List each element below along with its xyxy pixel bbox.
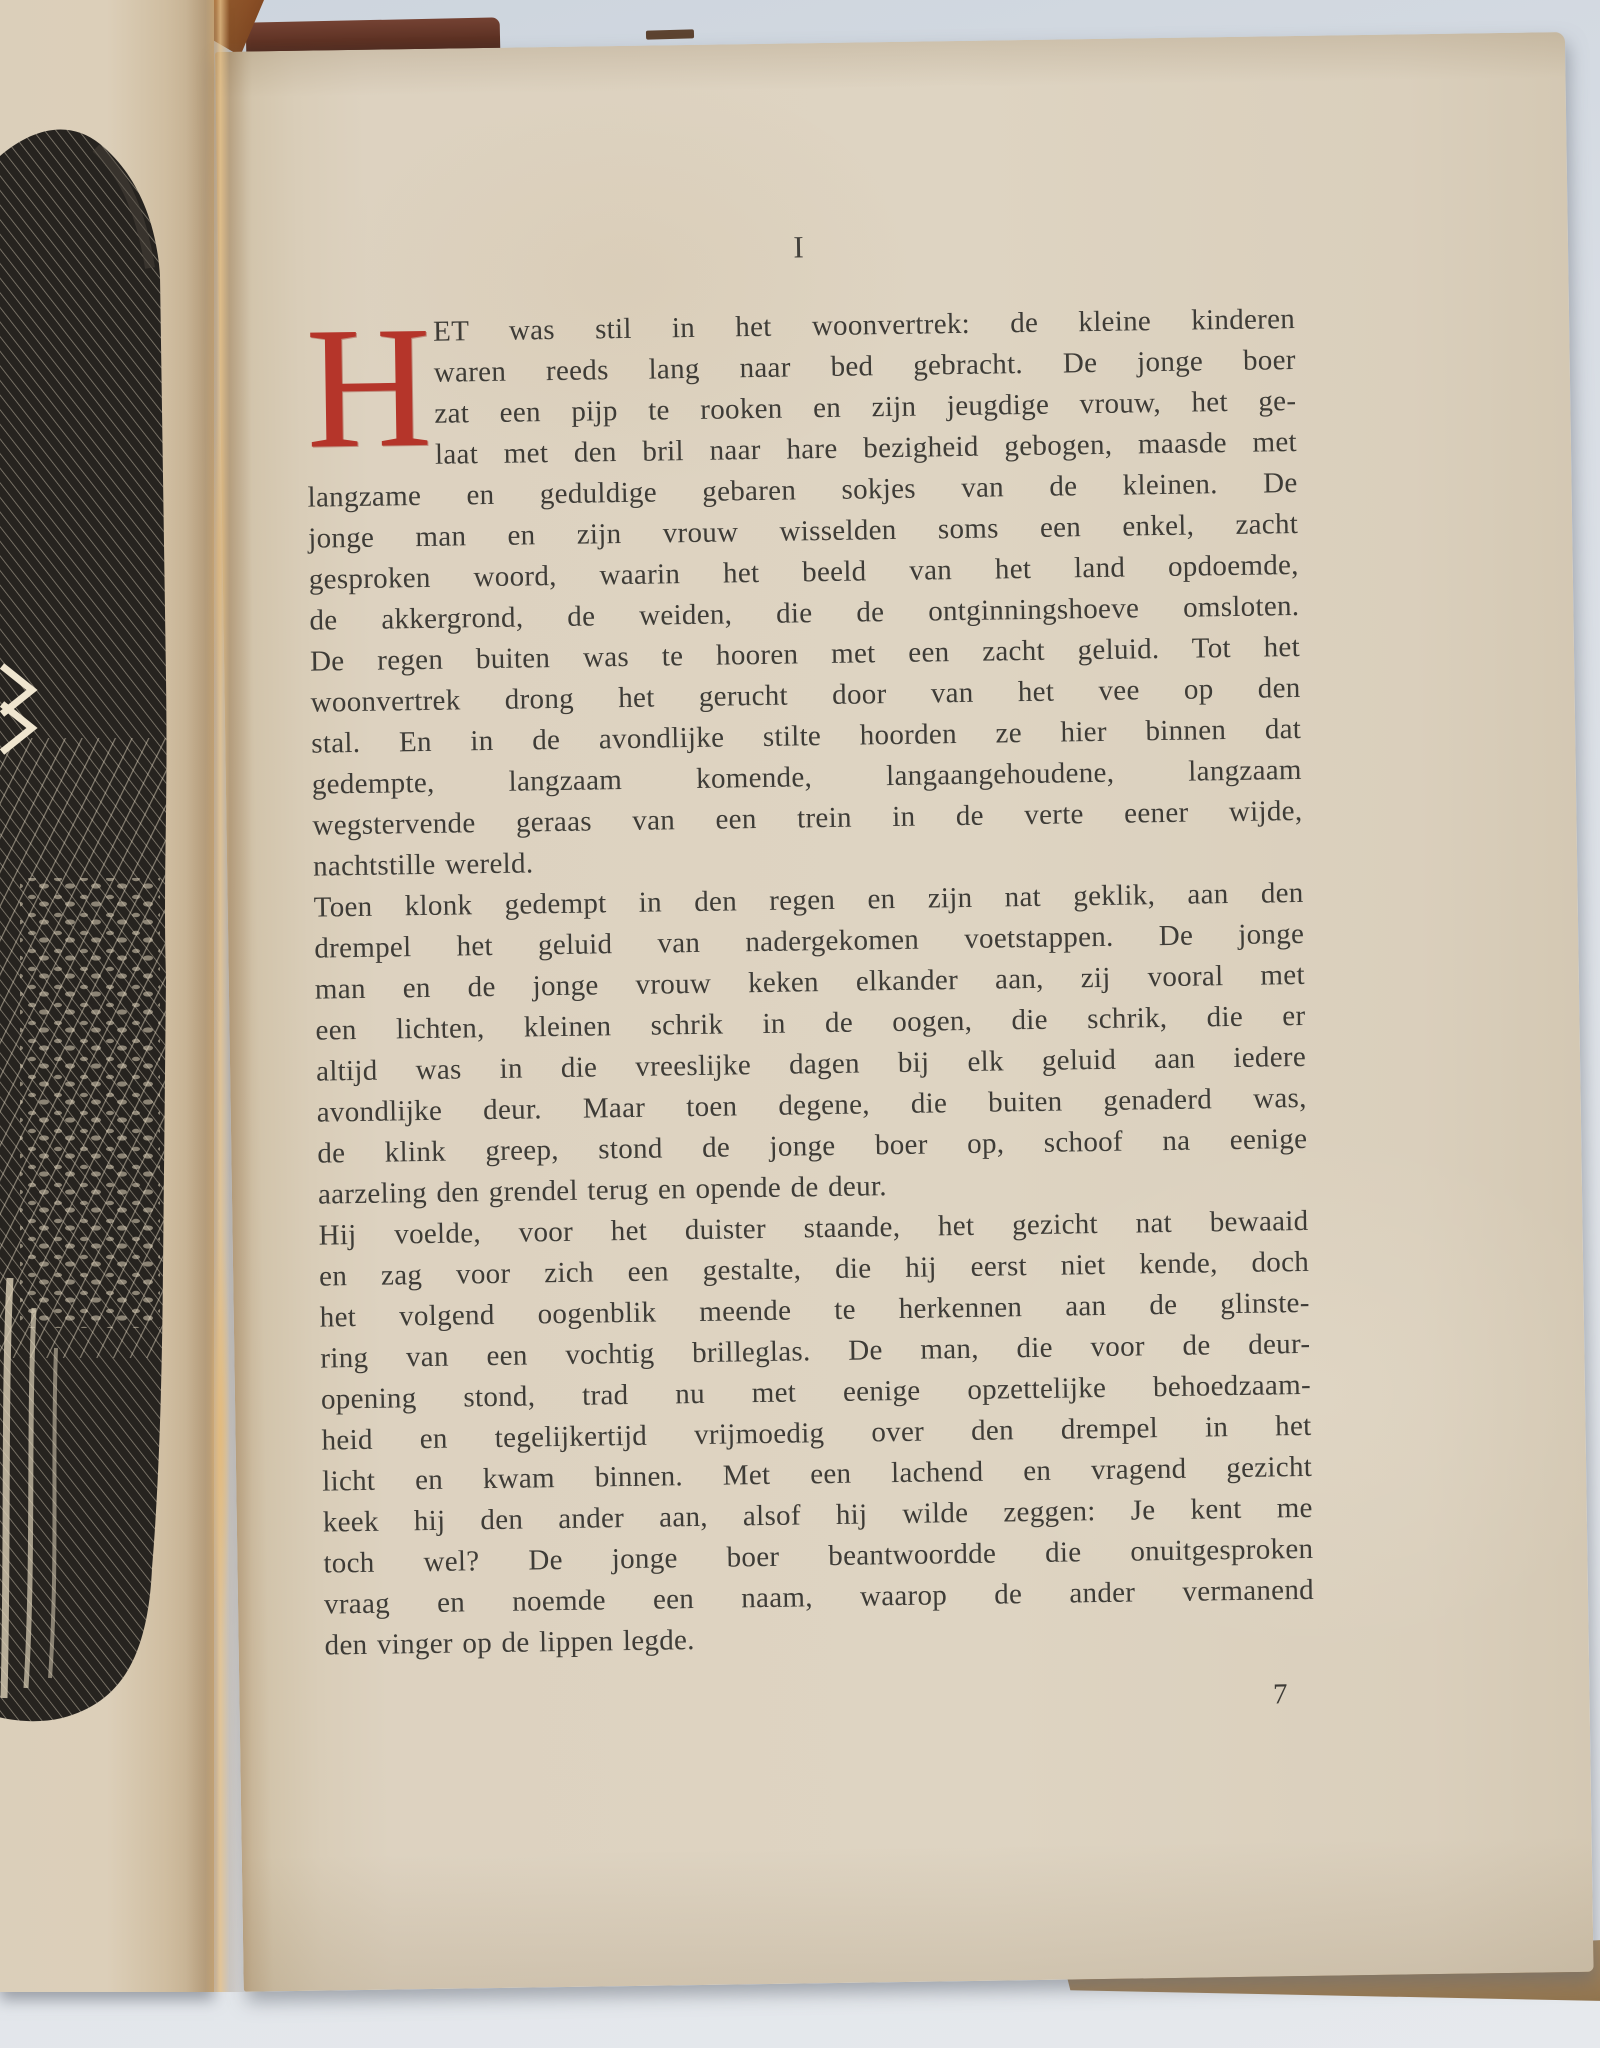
facing-page [0, 0, 214, 1992]
page-number: 7 [325, 1678, 1315, 1726]
page-text-area: I H ET was stil in het woonvertrek: de k… [301, 36, 1316, 1726]
book-page: I H ET was stil in het woonvertrek: de k… [215, 32, 1594, 1992]
photo-of-open-book: { "photo": { "background_color": "#dde2e… [0, 0, 1600, 2048]
woodcut-illustration [0, 118, 180, 1748]
chapter-numeral: I [304, 222, 1294, 278]
book-cover-top-sliver [646, 29, 694, 39]
text-block: H ET was stil in het woonvertrek: de kle… [305, 299, 1315, 1667]
drop-cap: H [305, 312, 435, 440]
